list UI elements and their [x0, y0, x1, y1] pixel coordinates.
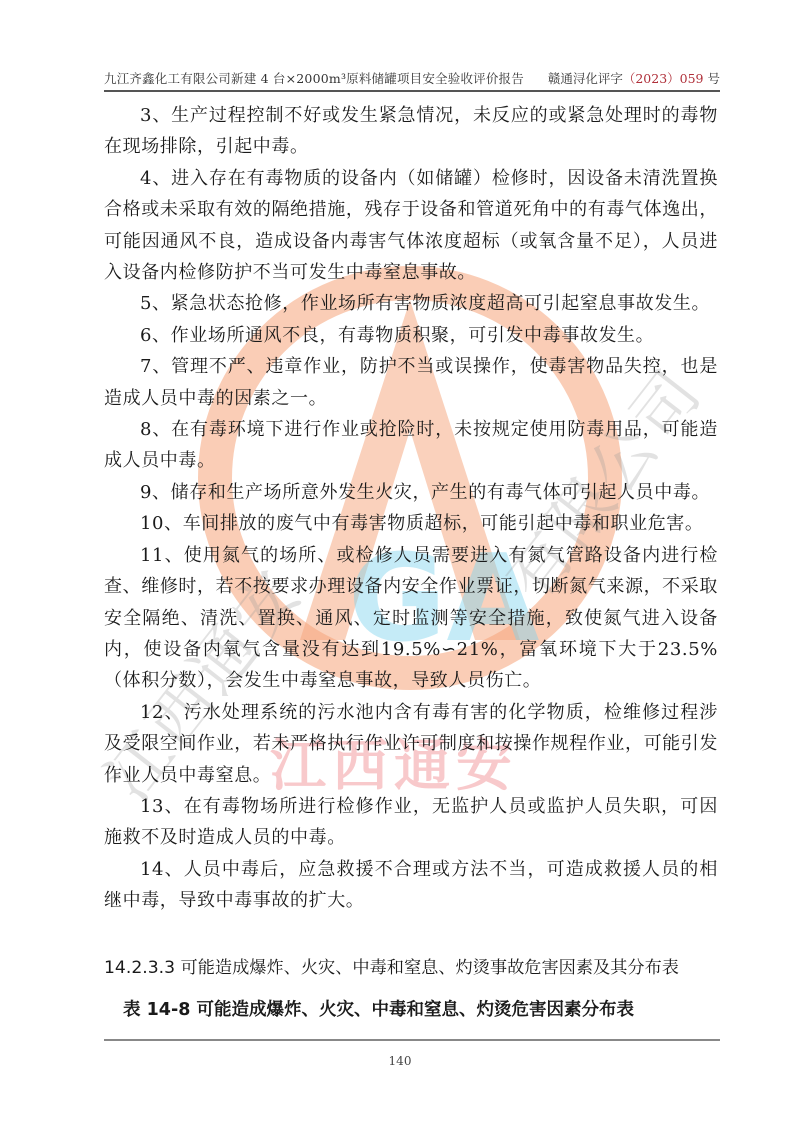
reference-suffix: 号 [704, 71, 720, 86]
paragraph-item-11: 11、使用氮气的场所、或检修人员需要进入有氮气管路设备内进行检查、维修时，若不按… [104, 540, 718, 697]
reference-number: 059 [680, 71, 704, 86]
paragraph-item-14: 14、人员中毒后，应急救援不合理或方法不当，可造成救援人员的相继中毒，导致中毒事… [104, 854, 718, 917]
header-divider [104, 90, 720, 92]
page-number: 140 [0, 1054, 800, 1068]
paragraph-item-10: 10、车间排放的废气中有毒害物质超标，可能引起中毒和职业危害。 [104, 508, 718, 539]
paragraph-item-5: 5、紧急状态抢修，作业场所有害物质浓度超高可引起窒息事故发生。 [104, 288, 718, 319]
reference-year: （2023） [623, 71, 680, 86]
document-body: 3、生产过程控制不好或发生紧急情况，未反应的或紧急处理时的毒物在现场排除，引起中… [104, 100, 718, 917]
paragraph-item-9: 9、储存和生产场所意外发生火灾，产生的有毒气体可引起人员中毒。 [104, 477, 718, 508]
table-caption: 表 14-8 可能造成爆炸、火灾、中毒和窒息、灼烫危害因素分布表 [123, 996, 634, 1021]
paragraph-item-7: 7、管理不严、违章作业，防护不当或误操作，使毒害物品失控，也是造成人员中毒的因素… [104, 351, 718, 414]
page-header: 九江齐鑫化工有限公司新建 4 台×2000m³原料储罐项目安全验收评价报告 赣通… [104, 66, 720, 88]
paragraph-item-12: 12、污水处理系统的污水池内含有毒有害的化学物质，检维修过程涉及受限空间作业，若… [104, 697, 718, 791]
section-heading: 14.2.3.3 可能造成爆炸、火灾、中毒和窒息、灼烫事故危害因素及其分布表 [104, 953, 724, 978]
paragraph-item-6: 6、作业场所通风不良，有毒物质积聚，可引发中毒事故发生。 [104, 320, 718, 351]
paragraph-item-3: 3、生产过程控制不好或发生紧急情况，未反应的或紧急处理时的毒物在现场排除，引起中… [104, 100, 718, 163]
paragraph-item-4: 4、进入存在有毒物质的设备内（如储罐）检修时，因设备未清洗置换合格或未采取有效的… [104, 163, 718, 289]
paragraph-item-13: 13、在有毒物场所进行检修作业，无监护人员或监护人员失职，可因施救不及时造成人员… [104, 791, 718, 854]
report-reference: 赣通浔化评字（2023）059 号 [548, 69, 720, 87]
footer-divider [104, 1039, 720, 1041]
paragraph-item-8: 8、在有毒环境下进行作业或抢险时，未按规定使用防毒用品，可能造成人员中毒。 [104, 414, 718, 477]
report-title: 九江齐鑫化工有限公司新建 4 台×2000m³原料储罐项目安全验收评价报告 [104, 69, 524, 87]
reference-prefix: 赣通浔化评字 [548, 71, 623, 86]
